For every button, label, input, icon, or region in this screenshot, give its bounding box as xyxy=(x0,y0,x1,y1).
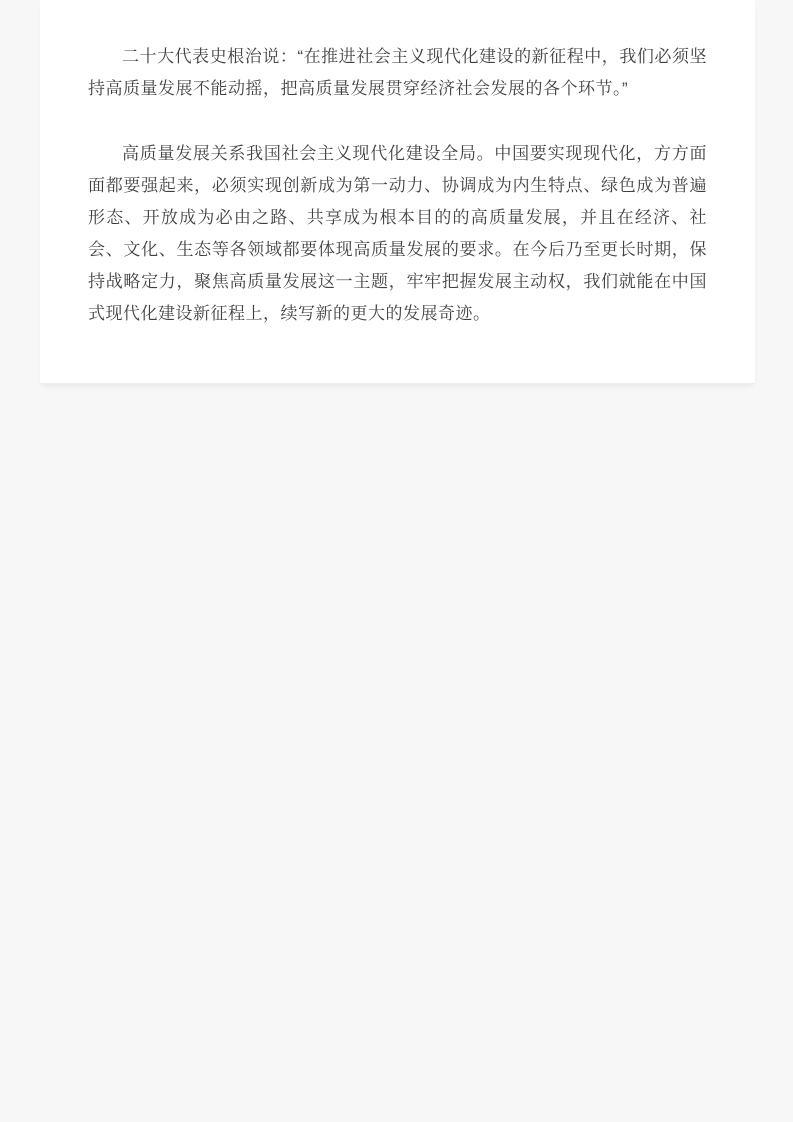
article-paragraph-body: 高质量发展关系我国社会主义现代化建设全局。中国要实现现代化，方方面面都要强起来，… xyxy=(88,138,707,330)
article-paragraph-quote: 二十大代表史根治说：“在推进社会主义现代化建设的新征程中，我们必须坚持高质量发展… xyxy=(88,41,707,105)
article-card: 二十大代表史根治说：“在推进社会主义现代化建设的新征程中，我们必须坚持高质量发展… xyxy=(40,0,755,384)
